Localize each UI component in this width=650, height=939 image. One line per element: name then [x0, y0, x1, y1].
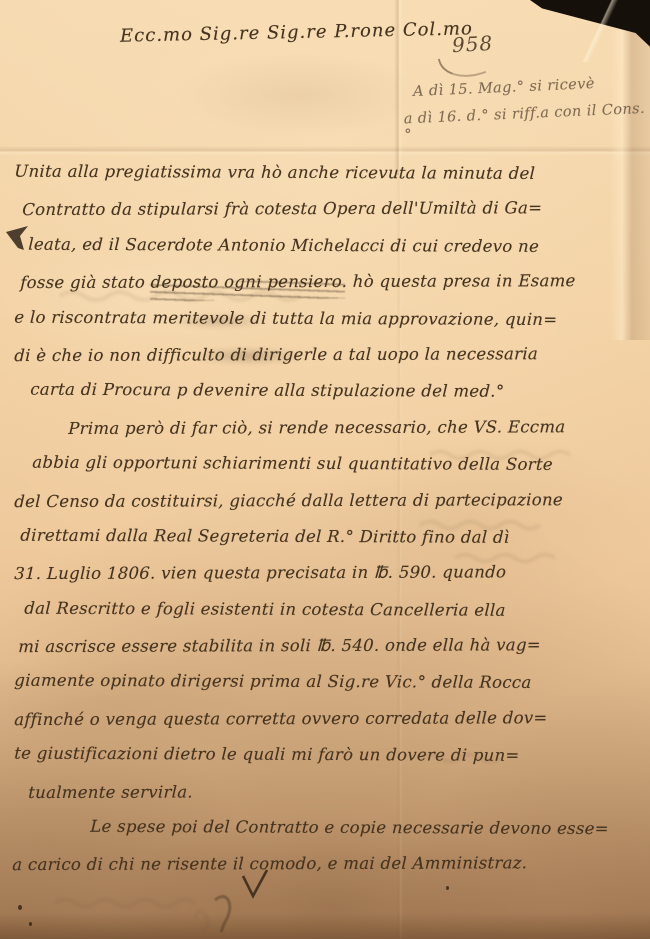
ink-strikethrough-scribble — [150, 279, 345, 301]
manuscript-line: mi ascrisce essere stabilita in soli ℔. … — [3, 635, 650, 674]
manuscript-line: abbia gli opportuni schiarimenti sul qua… — [17, 453, 650, 492]
manuscript-line: carta di Procura p devenire alla stipula… — [15, 380, 650, 419]
horizontal-fold-crease — [0, 146, 650, 156]
manuscript-photo: Ecc.mo Sig.re Sig.re P.rone Col.mo 958 A… — [0, 0, 650, 939]
manuscript-line: Prima però di far ciò, si rende necessar… — [53, 417, 650, 455]
pen-flourish — [438, 46, 487, 86]
registry-note-received: A dì 15. Mag.° si ricevè — [413, 76, 595, 100]
manuscript-line: affinché o venga questa corretta ovvero … — [0, 708, 650, 747]
manuscript-line: e lo riscontrata meritevole di tutta la … — [0, 307, 650, 346]
ink-blot-smudge — [168, 344, 328, 368]
manuscript-line: dal Rescritto e fogli esistenti in cotes… — [9, 598, 650, 637]
manuscript-line: del Censo da costituirsi, giacché dalla … — [0, 489, 650, 528]
manuscript-line: te giustificazioni dietro le quali mi fa… — [0, 744, 650, 783]
manuscript-line: a carico di chi ne risente il comodo, e … — [0, 853, 650, 892]
ink-dot — [446, 886, 449, 890]
manuscript-line: leata, ed il Sacerdote Antonio Michelacc… — [13, 234, 650, 273]
manuscript-line: Contratto da stipularsi frà cotesta Oper… — [7, 198, 650, 237]
manuscript-line: giamente opinato dirigersi prima al Sig.… — [0, 671, 650, 710]
manuscript-line: Unita alla pregiatissima vra hò anche ri… — [0, 162, 650, 201]
letter-body: Unita alla pregiatissima vra hò anche ri… — [0, 163, 650, 891]
manuscript-line: 31. Luglio 1806. vien questa precisata i… — [0, 562, 650, 601]
manuscript-line: tualmente servirla. — [13, 781, 650, 820]
manuscript-line: Le spese poi del Contratto e copie neces… — [75, 817, 650, 856]
salutation-line: Ecc.mo Sig.re Sig.re P.rone Col.mo — [120, 18, 473, 46]
bottom-edge-shadow — [0, 913, 650, 939]
manuscript-line: direttami dalla Real Segreteria del R.° … — [5, 526, 650, 565]
paper-corner-edge-highlight — [528, 0, 650, 62]
manuscript-line: di è che io non difficulto di dirigerle … — [0, 344, 650, 383]
ink-dot — [18, 905, 22, 910]
ink-overwrite-smudge — [152, 310, 287, 332]
